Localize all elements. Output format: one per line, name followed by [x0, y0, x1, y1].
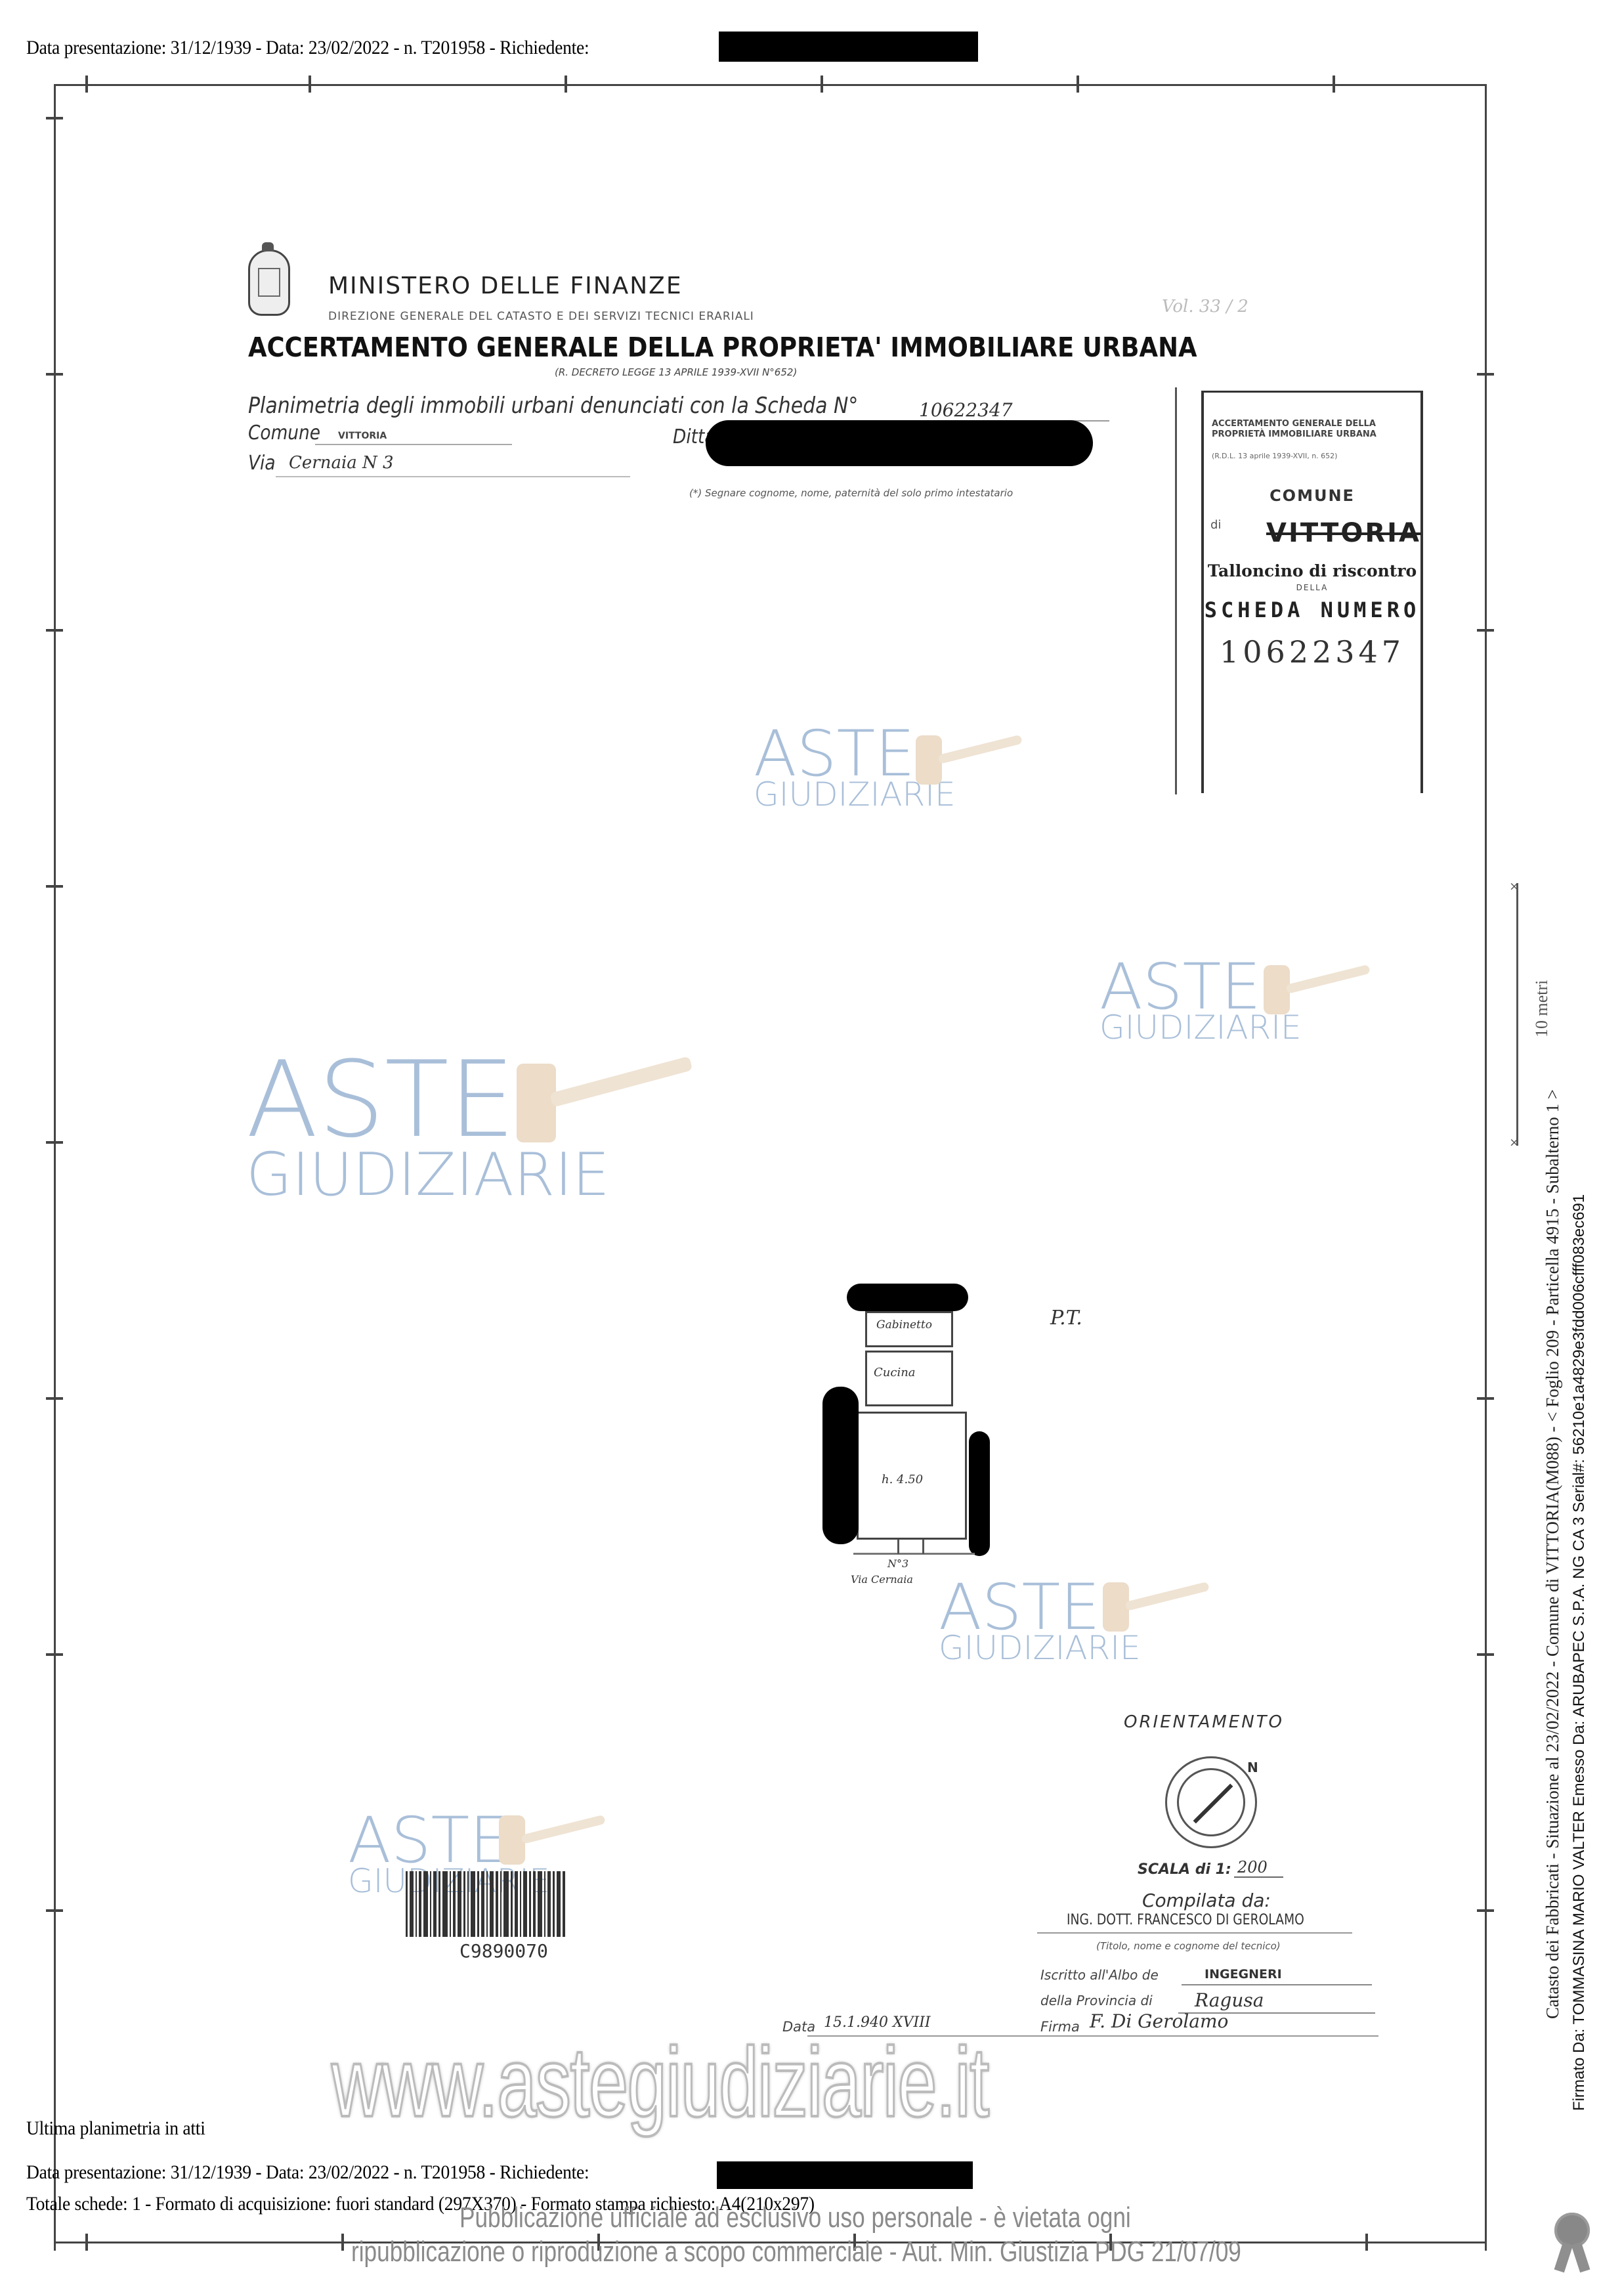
- frame-tick: [565, 76, 567, 93]
- frame-tick: [46, 885, 63, 888]
- talloncino-heading: ACCERTAMENTO GENERALE DELLA PROPRIETÀ IM…: [1212, 419, 1413, 440]
- frame-tick: [46, 1141, 63, 1144]
- gavel-handle: [1124, 1582, 1210, 1611]
- room-cucina: Cucina: [865, 1351, 953, 1406]
- frame-tick: [46, 1909, 63, 1912]
- via-value: Cernaia N 3: [289, 453, 394, 473]
- firmato-side-text: Firmato Da: TOMMASINA MARIO VALTER Emess…: [1570, 1194, 1589, 2111]
- compass-icon: [1165, 1756, 1257, 1848]
- frame-tick: [309, 76, 311, 93]
- planimetria-label: Planimetria degli immobili urbani denunc…: [248, 393, 858, 419]
- talloncino-scheda-numero: SCHEDA NUMERO: [1204, 597, 1420, 622]
- door-jamb: [922, 1540, 924, 1554]
- gavel-icon: [517, 1064, 556, 1142]
- via-label: Via: [248, 452, 276, 475]
- street-number: N°3: [887, 1557, 908, 1570]
- frame-tick: [821, 76, 823, 93]
- frame-tick: [341, 2234, 344, 2251]
- floor-label: P.T.: [1050, 1307, 1082, 1330]
- frame-tick: [85, 2234, 88, 2251]
- gavel-handle: [549, 1056, 693, 1107]
- redacted-plan-top: [847, 1284, 968, 1311]
- frame-tick: [1077, 76, 1079, 93]
- frame-tick: [1477, 1653, 1494, 1656]
- frame-tick: [1477, 373, 1494, 376]
- frame-tick: [46, 373, 63, 376]
- gavel-handle: [937, 735, 1023, 764]
- watermark-giudiziarie: GIUDIZIARIE: [1099, 1011, 1302, 1044]
- redacted-plan-left: [822, 1387, 859, 1544]
- talloncino-number: 10622347: [1204, 634, 1420, 670]
- underline: [1182, 1984, 1372, 1985]
- scala-value: 200: [1237, 1858, 1268, 1876]
- frame-tick: [1333, 76, 1335, 93]
- gavel-icon: [1264, 965, 1290, 1014]
- talloncino-della: DELLA: [1204, 583, 1420, 592]
- frame-tick: [1477, 1909, 1494, 1912]
- gavel-icon: [1103, 1582, 1129, 1632]
- frame-tick: [1365, 2234, 1368, 2251]
- scheda-number-handwritten: 10622347: [919, 399, 1013, 421]
- corner-note: Vol. 33 / 2: [1162, 297, 1249, 316]
- firma-value: F. Di Gerolamo: [1090, 2010, 1228, 2032]
- gavel-handle: [521, 1815, 606, 1844]
- frame-tick: [1477, 1397, 1494, 1400]
- publication-notice-1: Pubblicazione ufficiale ad esclusivo uso…: [459, 2201, 1131, 2234]
- albo-label: Iscritto all'Albo de: [1040, 1967, 1159, 1983]
- underline: [1234, 1876, 1283, 1878]
- frame-top: [54, 84, 1485, 86]
- frame-left: [54, 84, 56, 2251]
- award-ribbon-icon: [1554, 2213, 1590, 2248]
- room-label: Cucina: [874, 1366, 916, 1379]
- talloncino-outer-line: [1175, 387, 1177, 794]
- decreto-note: (R. DECRETO LEGGE 13 APRILE 1939-XVII N°…: [555, 366, 797, 378]
- tecnico-note: (Titolo, nome e cognome del tecnico): [1096, 1940, 1281, 1952]
- redacted-requester: [719, 32, 978, 62]
- direzione-title: DIREZIONE GENERALE DEL CATASTO E DEI SER…: [328, 310, 754, 323]
- frame-tick: [85, 76, 88, 93]
- watermark-giudiziarie: GIUDIZIARIE: [246, 1146, 610, 1205]
- albo-value: INGEGNERI: [1205, 1967, 1282, 1982]
- orientamento-label: ORIENTAMENTO: [1124, 1712, 1284, 1732]
- provincia-label: della Provincia di: [1040, 1993, 1153, 2008]
- site-watermark: www.astegiudiziarie.it: [331, 2025, 989, 2139]
- ministero-title: MINISTERO DELLE FINANZE: [328, 272, 683, 299]
- comune-value: VITTORIA: [338, 431, 387, 441]
- frame-tick: [46, 1653, 63, 1656]
- tecnico-name: ING. DOTT. FRANCESCO DI GEROLAMO: [1067, 1912, 1304, 1928]
- frame-tick: [46, 1397, 63, 1400]
- gavel-icon: [916, 735, 942, 785]
- door-jamb: [897, 1540, 899, 1554]
- watermark-aste: ASTE: [246, 1047, 515, 1152]
- talloncino-di: di: [1210, 518, 1221, 532]
- footer-ultima: Ultima planimetria in atti: [26, 2117, 205, 2140]
- barcode-number: C9890070: [459, 1940, 548, 1962]
- comune-label: Comune: [248, 422, 320, 444]
- frame-tick: [1477, 629, 1494, 632]
- publication-notice-2: ripubblicazione o riproduzione a scopo c…: [351, 2236, 1241, 2268]
- room-main: h. 4.50: [857, 1412, 967, 1540]
- underline: [276, 476, 630, 477]
- catasto-side-text: Catasto dei Fabbricati - Situazione al 2…: [1543, 1089, 1563, 2019]
- ditta-note: (*) Segnare cognome, nome, paternità del…: [689, 487, 1013, 499]
- barcode: [406, 1871, 593, 1937]
- redacted-requester-footer: [717, 2161, 973, 2189]
- scale-bar-tick-top: +: [1503, 876, 1525, 898]
- frame-tick: [46, 117, 63, 119]
- gavel-handle: [1285, 964, 1371, 994]
- header-line: Data presentazione: 31/12/1939 - Data: 2…: [26, 37, 589, 59]
- accertamento-title: ACCERTAMENTO GENERALE DELLA PROPRIETA' I…: [248, 332, 1197, 363]
- provincia-value: Ragusa: [1195, 1989, 1264, 2011]
- north-label: N: [1247, 1760, 1258, 1775]
- talloncino-comune: VITTORIA: [1266, 518, 1421, 548]
- firma-label: Firma: [1040, 2019, 1080, 2035]
- scale-bar: [1516, 883, 1518, 1146]
- scale-bar-tick-bottom: +: [1503, 1132, 1525, 1154]
- room-label: Gabinetto: [876, 1318, 932, 1332]
- room-gabinetto: Gabinetto: [865, 1311, 953, 1347]
- redacted-ditta: [706, 420, 1093, 466]
- street-name: Via Cernaia: [851, 1573, 913, 1586]
- frame-right: [1485, 84, 1487, 2251]
- talloncino-box: ACCERTAMENTO GENERALE DELLA PROPRIETÀ IM…: [1201, 391, 1423, 793]
- scala-label: SCALA di 1:: [1138, 1861, 1231, 1878]
- room-label: h. 4.50: [882, 1473, 923, 1486]
- redacted-plan-right: [969, 1431, 990, 1556]
- compilata-label: Compilata da:: [1142, 1890, 1271, 1911]
- street-line: [853, 1553, 975, 1555]
- gavel-icon: [499, 1815, 525, 1865]
- talloncino-rdl: (R.D.L. 13 aprile 1939-XVII, n. 652): [1212, 452, 1413, 460]
- scale-bar-label: 10 metri: [1532, 980, 1552, 1037]
- coat-of-arms-icon: [248, 249, 290, 316]
- underline: [1037, 1932, 1352, 1934]
- underline: [315, 444, 512, 445]
- talloncino-label: Talloncino di riscontro: [1204, 561, 1420, 580]
- watermark-giudiziarie: GIUDIZIARIE: [939, 1632, 1141, 1664]
- talloncino-comune-label: COMUNE: [1204, 487, 1420, 505]
- frame-tick: [46, 629, 63, 632]
- footer-line1: Data presentazione: 31/12/1939 - Data: 2…: [26, 2161, 589, 2184]
